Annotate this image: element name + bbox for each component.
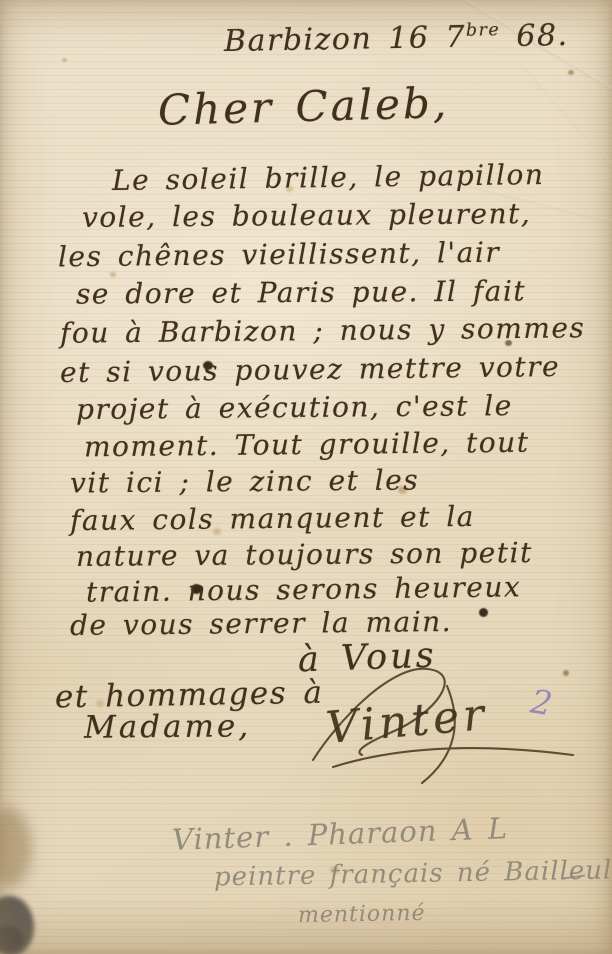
letter-line: les chênes vieillissent, l'air	[58, 239, 500, 272]
letter-line: projet à exécution, c'est le	[76, 392, 513, 424]
stain-dark-edge	[0, 896, 34, 954]
letter-line: vit ici ; le zinc et les	[70, 466, 419, 497]
stain-dark-edge	[0, 926, 24, 952]
paper-crease	[454, 0, 612, 114]
letter-line: vole, les bouleaux pleurent,	[82, 200, 531, 232]
pencil-annotation: peintre français né Bailleul	[214, 858, 612, 891]
hommage-line: Madame,	[84, 711, 251, 743]
letter-scan-page: Barbizon 16 7bre 68. Cher Caleb, Le sole…	[0, 0, 612, 954]
letter-line: Le soleil brille, le papillon	[112, 161, 545, 195]
letter-line: de vous serrer la main.	[70, 608, 452, 640]
letter-line: train. nous serons heureux	[86, 573, 522, 606]
letter-line: fou à Barbizon ; nous y sommes	[60, 314, 586, 347]
fox-spot	[568, 70, 574, 75]
letter-line: se dore et Paris pue. Il fait	[76, 277, 526, 308]
letter-line: nature va toujours son petit	[76, 539, 533, 571]
dateline-year: 68.	[500, 18, 569, 54]
letter-line: et si vous pouvez mettre votre	[60, 353, 560, 387]
stain-smudge	[0, 808, 32, 886]
pencil-annotation: Vinter . Pharaon A L	[172, 814, 509, 855]
letter-line: moment. Tout grouille, tout	[84, 429, 530, 462]
dateline: Barbizon 16 7bre 68.	[224, 21, 569, 57]
letter-line: faux cols manquent et la	[70, 503, 475, 535]
stray-ink-mark: 2	[529, 684, 556, 720]
pencil-annotation: mentionné	[298, 903, 426, 927]
fox-spot	[62, 58, 67, 62]
dateline-superscript: bre	[466, 20, 501, 41]
dateline-text: Barbizon 16 7	[224, 20, 467, 59]
ink-dot	[479, 608, 488, 617]
salutation: Cher Caleb,	[158, 82, 450, 132]
